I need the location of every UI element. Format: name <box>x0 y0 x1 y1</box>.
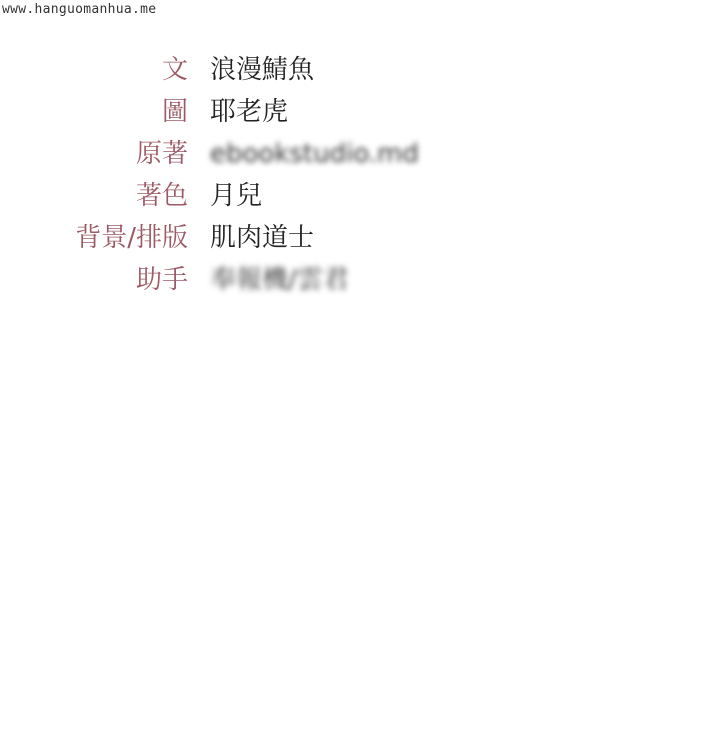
credit-row-artist: 圖 耶老虎 <box>0 94 720 136</box>
credit-row-background-layout: 背景/排版 肌肉道士 <box>0 220 720 262</box>
site-watermark: www.hanguomanhua.me <box>2 2 156 17</box>
credit-value: 浪漫鯖魚 <box>210 52 314 88</box>
credits-list: 文 浪漫鯖魚 圖 耶老虎 原著 ebookstudio.md 著色 月兒 背景/… <box>0 52 720 304</box>
credit-label: 圖 <box>162 94 188 130</box>
credit-row-colorist: 著色 月兒 <box>0 178 720 220</box>
credit-label: 助手 <box>136 262 188 298</box>
credit-value: 肌肉道士 <box>210 220 314 256</box>
credit-value: 耶老虎 <box>210 94 288 130</box>
credit-value-redacted: 奉報機/雲君 <box>210 262 349 298</box>
credit-row-original: 原著 ebookstudio.md <box>0 136 720 178</box>
credit-label: 文 <box>162 52 188 88</box>
credit-row-assistant: 助手 奉報機/雲君 <box>0 262 720 304</box>
credit-label: 背景/排版 <box>75 220 188 256</box>
credit-row-writer: 文 浪漫鯖魚 <box>0 52 720 94</box>
credit-label: 著色 <box>136 178 188 214</box>
credit-label: 原著 <box>136 136 188 172</box>
credit-value: 月兒 <box>210 178 262 214</box>
credit-value-redacted: ebookstudio.md <box>210 136 419 172</box>
